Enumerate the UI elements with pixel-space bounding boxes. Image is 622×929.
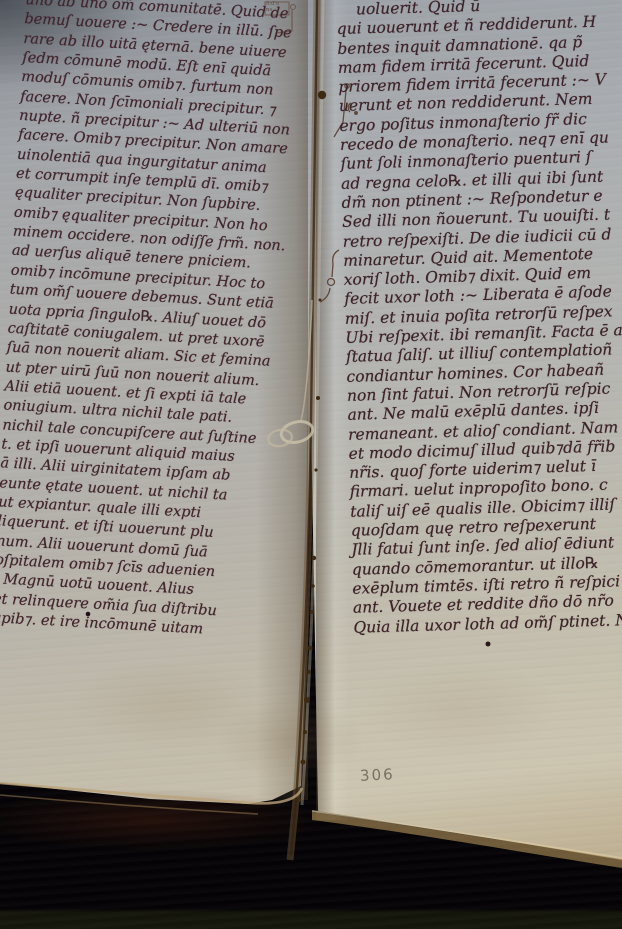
- right-page-text: uoluerit. Quid ūqui uouerunt et ñ reddid…: [336, 0, 622, 638]
- manuscript-photo: uno ab uno om̃ comunitatē. Quid debemuſ …: [0, 0, 622, 929]
- margin-note: ſcd'e ns: [266, 1, 292, 13]
- folio-number: 306: [360, 765, 396, 785]
- left-page-text: uno ab uno om̃ comunitatē. Quid debemuſ …: [0, 0, 326, 645]
- margin-note-text: ns: [266, 7, 292, 13]
